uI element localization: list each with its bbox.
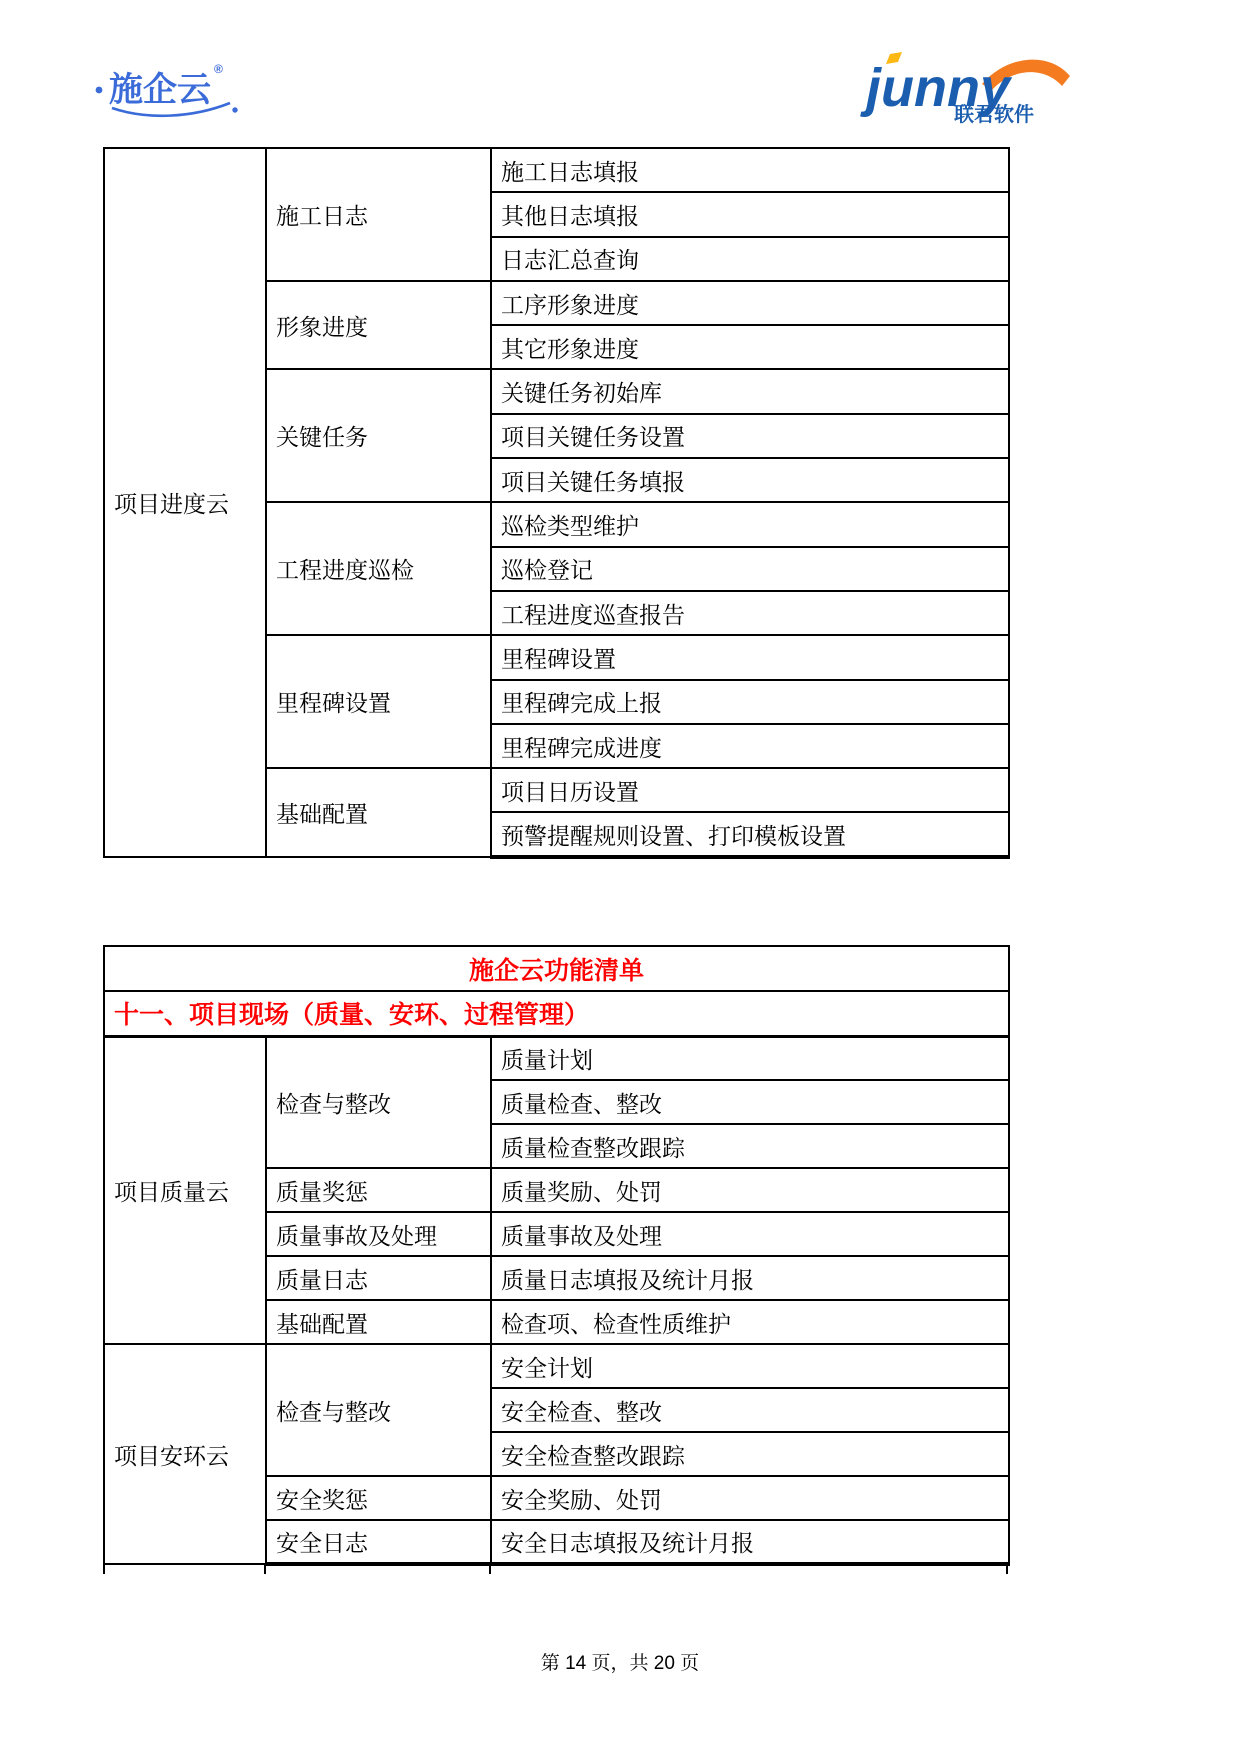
item-cell: 日志汇总查询 [491,237,1009,281]
group-cell: 质量日志 [266,1256,491,1300]
item-cell: 安全奖励、处罚 [491,1476,1009,1520]
function-list-table: 施企云功能清单 十一、项目现场（质量、安环、过程管理） 项目质量云检查与整改质量… [103,945,1010,1566]
table-row: 项目安环云检查与整改安全计划 [104,1344,1009,1388]
item-cell: 安全日志填报及统计月报 [491,1520,1009,1564]
group-cell: 关键任务 [266,369,491,502]
module-cell: 项目进度云 [104,148,266,857]
junny-logo: junny 联君软件 [860,52,1085,124]
item-cell: 里程碑完成进度 [491,724,1009,768]
item-cell: 检查项、检查性质维护 [491,1300,1009,1344]
item-cell: 工序形象进度 [491,281,1009,325]
shiqiyun-logo-text: 施企云 [109,71,211,109]
table-row: 项目质量云检查与整改质量计划 [104,1036,1009,1080]
item-cell: 施工日志填报 [491,148,1009,192]
item-cell: 安全检查整改跟踪 [491,1432,1009,1476]
item-cell: 安全检查、整改 [491,1388,1009,1432]
table-title-row: 施企云功能清单 [104,946,1009,991]
item-cell: 其他日志填报 [491,192,1009,236]
item-cell: 质量日志填报及统计月报 [491,1256,1009,1300]
group-cell: 基础配置 [266,768,491,857]
module-cell: 项目安环云 [104,1344,266,1564]
item-cell: 里程碑设置 [491,635,1009,679]
module-cell: 项目质量云 [104,1036,266,1344]
item-cell: 其它形象进度 [491,325,1009,369]
item-cell: 巡检类型维护 [491,502,1009,546]
item-cell: 项目关键任务设置 [491,414,1009,458]
registered-mark: ® [214,62,223,76]
item-cell: 巡检登记 [491,547,1009,591]
table-continuation-stub [103,1564,105,1574]
section-heading: 十一、项目现场（质量、安环、过程管理） [104,991,1009,1036]
logo-dot-icon [96,87,103,94]
page-number: 第 14 页，共 20 页 [0,1648,1240,1675]
group-cell: 施工日志 [266,148,491,281]
item-cell: 质量检查、整改 [491,1080,1009,1124]
item-cell: 安全计划 [491,1344,1009,1388]
table-continuation-stub [489,1564,491,1574]
group-cell: 检查与整改 [266,1344,491,1476]
item-cell: 项目关键任务填报 [491,458,1009,502]
progress-feature-table: 项目进度云施工日志施工日志填报其他日志填报日志汇总查询形象进度工序形象进度其它形… [103,147,1010,859]
group-cell: 质量事故及处理 [266,1212,491,1256]
item-cell: 项目日历设置 [491,768,1009,812]
group-cell: 基础配置 [266,1300,491,1344]
item-cell: 工程进度巡查报告 [491,591,1009,635]
group-cell: 工程进度巡检 [266,502,491,635]
group-cell: 质量奖惩 [266,1168,491,1212]
logo-dot2-icon [232,107,237,112]
table-row: 项目进度云施工日志施工日志填报 [104,148,1009,192]
shiqiyun-logo: 施企云 ® [92,56,247,120]
item-cell: 预警提醒规则设置、打印模板设置 [491,812,1009,856]
item-cell: 质量计划 [491,1036,1009,1080]
item-cell: 里程碑完成上报 [491,680,1009,724]
group-cell: 里程碑设置 [266,635,491,768]
document-page: 施企云 ® junny 联君软件 项目进度云施工日志施工日志填报其他日志填报日志… [0,0,1240,1754]
item-cell: 质量检查整改跟踪 [491,1124,1009,1168]
item-cell: 质量事故及处理 [491,1212,1009,1256]
table-continuation-stub [264,1564,266,1574]
table-title: 施企云功能清单 [104,946,1009,991]
group-cell: 形象进度 [266,281,491,370]
group-cell: 安全日志 [266,1520,491,1564]
item-cell: 质量奖励、处罚 [491,1168,1009,1212]
table-continuation-stub [1006,1564,1008,1574]
junny-subtext: 联君软件 [954,102,1034,124]
group-cell: 检查与整改 [266,1036,491,1168]
group-cell: 安全奖惩 [266,1476,491,1520]
item-cell: 关键任务初始库 [491,369,1009,413]
section-heading-row: 十一、项目现场（质量、安环、过程管理） [104,991,1009,1036]
